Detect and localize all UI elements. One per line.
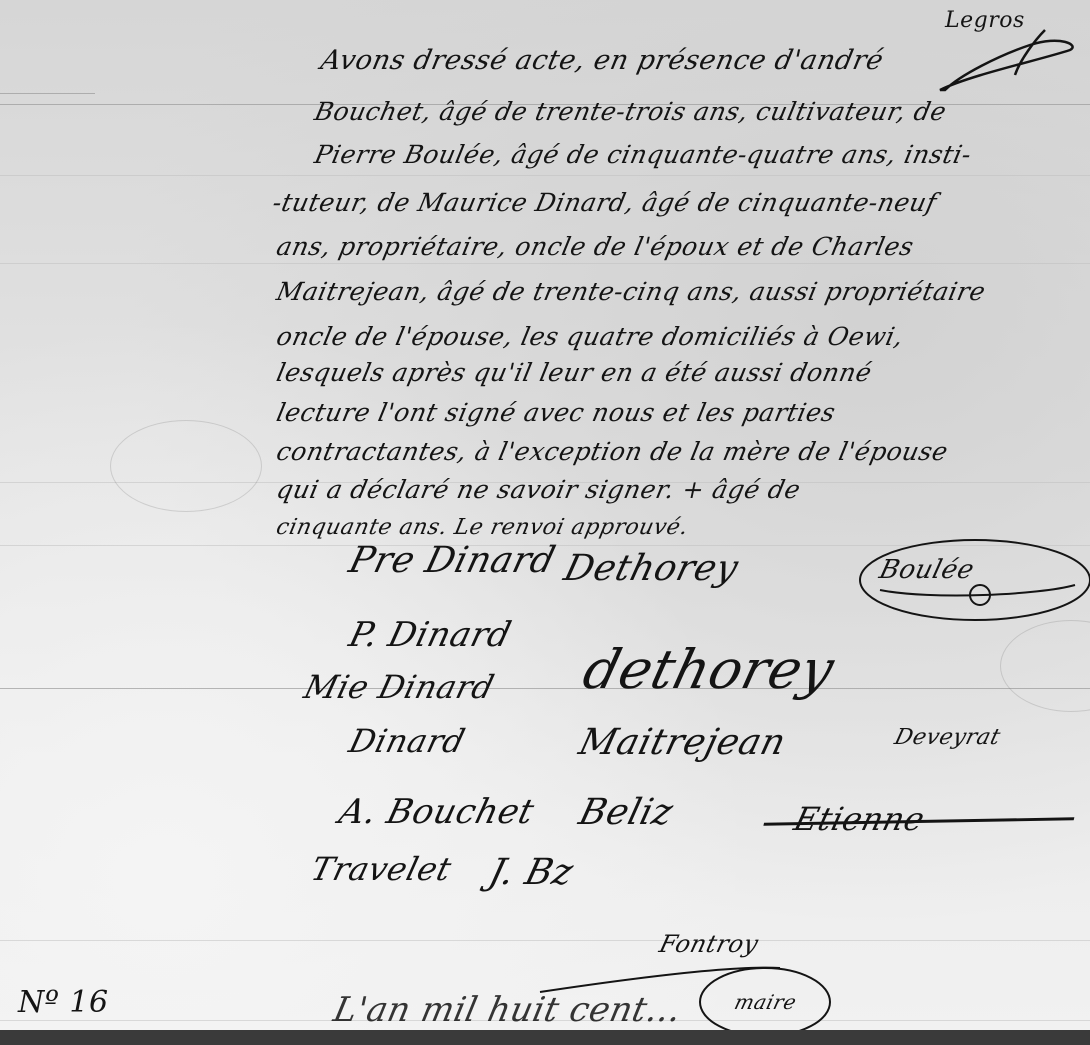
ruled-line-short xyxy=(0,93,95,94)
signature: P. Dinard xyxy=(345,615,515,655)
ghost-stamp xyxy=(1000,620,1090,712)
margin-entry-number: Nº 16 xyxy=(18,985,109,1020)
signature: Mie Dinard xyxy=(300,668,498,706)
scan-bottom-border xyxy=(0,1030,1090,1045)
paraph-flourish-icon xyxy=(930,20,1090,100)
body-line: -tuteur, de Maurice Dinard, âgé de cinqu… xyxy=(270,188,939,217)
signature: dethorey xyxy=(577,638,841,701)
next-entry-partial-line: L'an mil huit cent... xyxy=(330,990,685,1030)
body-line: lecture l'ont signé avec nous et les par… xyxy=(274,398,838,427)
signature: Beliz xyxy=(575,792,677,833)
body-line: Avons dressé acte, en présence d'andré xyxy=(318,45,886,76)
signature: A. Bouchet xyxy=(335,792,538,832)
faint-rule xyxy=(0,263,1090,264)
signature: Etienne xyxy=(790,800,929,838)
signature: Pre Dinard xyxy=(345,540,560,581)
body-line: ans, propriétaire, oncle de l'époux et d… xyxy=(274,232,916,261)
body-line: contractantes, à l'exception de la mère … xyxy=(274,437,951,466)
faint-rule xyxy=(0,175,1090,176)
signature: Travelet xyxy=(307,850,455,888)
signature: J. Bz xyxy=(485,852,578,893)
signature: Maitrejean xyxy=(575,722,790,763)
body-line: qui a déclaré ne savoir signer. + âgé de xyxy=(274,475,803,504)
document-page: Legros Avons dressé acte, en présence d'… xyxy=(0,0,1090,1030)
body-line: Pierre Boulée, âgé de cinquante-quatre a… xyxy=(312,140,974,169)
ruled-line xyxy=(0,688,1090,689)
body-line: Maitrejean, âgé de trente-cinq ans, auss… xyxy=(274,277,988,306)
body-line: cinquante ans. Le renvoi approuvé. xyxy=(274,515,690,540)
faint-rule xyxy=(0,940,1090,941)
signature: Dinard xyxy=(345,722,469,760)
body-line: lesquels après qu'il leur en a été aussi… xyxy=(274,358,875,387)
signature: Deveyrat xyxy=(892,725,1003,750)
mayor-title: maire xyxy=(732,990,799,1014)
body-line: Bouchet, âgé de trente-trois ans, cultiv… xyxy=(312,97,949,126)
mayor-signature: Fontroy xyxy=(657,930,762,958)
signature-oval-flourish-icon xyxy=(840,525,1090,625)
ghost-stamp xyxy=(110,420,262,512)
body-line: oncle de l'épouse, les quatre domiciliés… xyxy=(274,322,906,351)
signature: Dethorey xyxy=(560,548,743,589)
